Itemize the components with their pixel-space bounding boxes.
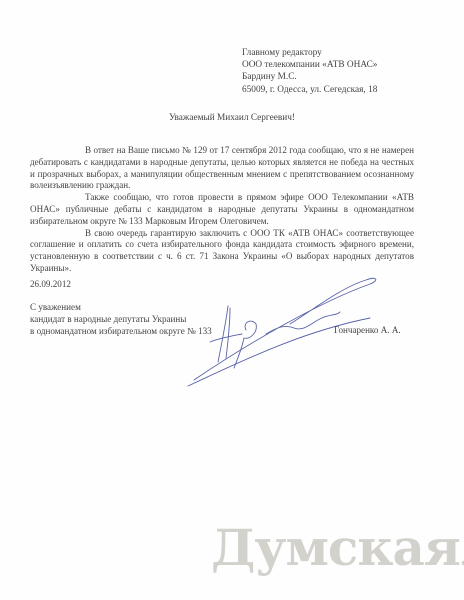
- watermark-tld-text: .net: [460, 542, 464, 571]
- addressee-line: Главному редактору: [242, 47, 377, 59]
- body-paragraph: Также сообщаю, что готов провести в прям…: [30, 192, 414, 227]
- salutation: Уважаемый Михаил Сергеевич!: [0, 113, 464, 123]
- letter-date: 26.09.2012: [30, 279, 71, 289]
- addressee-line: 65009, г. Одесса, ул. Сегедская, 18: [242, 84, 377, 96]
- addressee-block: Главному редактору ООО телекомпании «АТВ…: [242, 47, 377, 96]
- body-paragraph: В ответ на Ваше письмо № 129 от 17 сентя…: [30, 145, 414, 192]
- addressee-line: Бардину М.С.: [242, 71, 377, 83]
- letter-page: Главному редактору ООО телекомпании «АТВ…: [0, 0, 464, 600]
- signer-name: Гончаренко А. А.: [334, 325, 401, 335]
- addressee-line: ООО телекомпании «АТВ ОНАС»: [242, 59, 377, 71]
- watermark-main-text: Думская: [211, 518, 460, 577]
- letter-body: В ответ на Ваше письмо № 129 от 17 сентя…: [30, 145, 414, 275]
- dumskaya-watermark: Думская.net: [211, 518, 464, 577]
